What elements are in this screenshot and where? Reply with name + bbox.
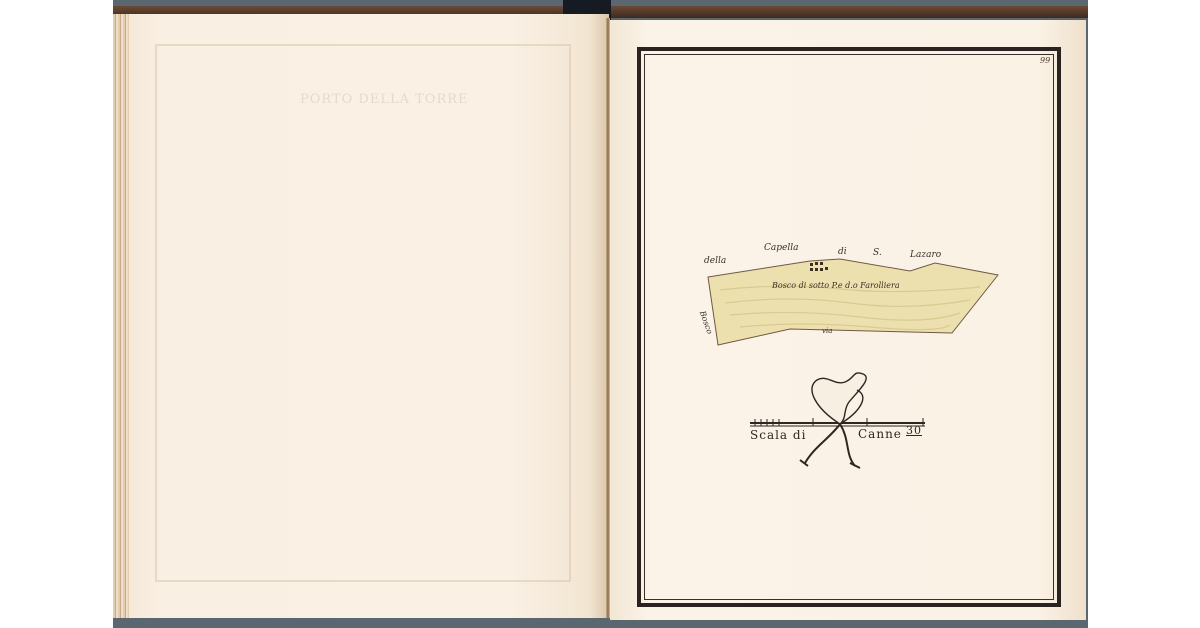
scale-bar-ribbon-icon xyxy=(745,368,955,473)
page-number: 99 xyxy=(1040,56,1050,65)
map-label-della: della xyxy=(704,256,726,266)
map-label-capella: Capella xyxy=(764,243,798,253)
map-label-lazaro: Lazaro xyxy=(910,250,941,260)
scale-label-right: Canne xyxy=(858,427,902,441)
map-label-s: S. xyxy=(873,248,882,258)
map-label-bosco-center: Bosco di sotto P.e d.o Farolliera xyxy=(772,281,900,290)
estate-map-drawing xyxy=(700,245,1000,355)
map-label-via: via xyxy=(822,327,832,335)
page-edges xyxy=(113,14,129,618)
map-label-di: di xyxy=(838,247,847,257)
scale-value: 30 xyxy=(906,424,922,437)
left-page-frame-bleed xyxy=(155,44,571,582)
scale-label-left: Scala di xyxy=(750,428,806,442)
bleed-through-title: PORTO DELLA TORRE xyxy=(300,92,469,107)
